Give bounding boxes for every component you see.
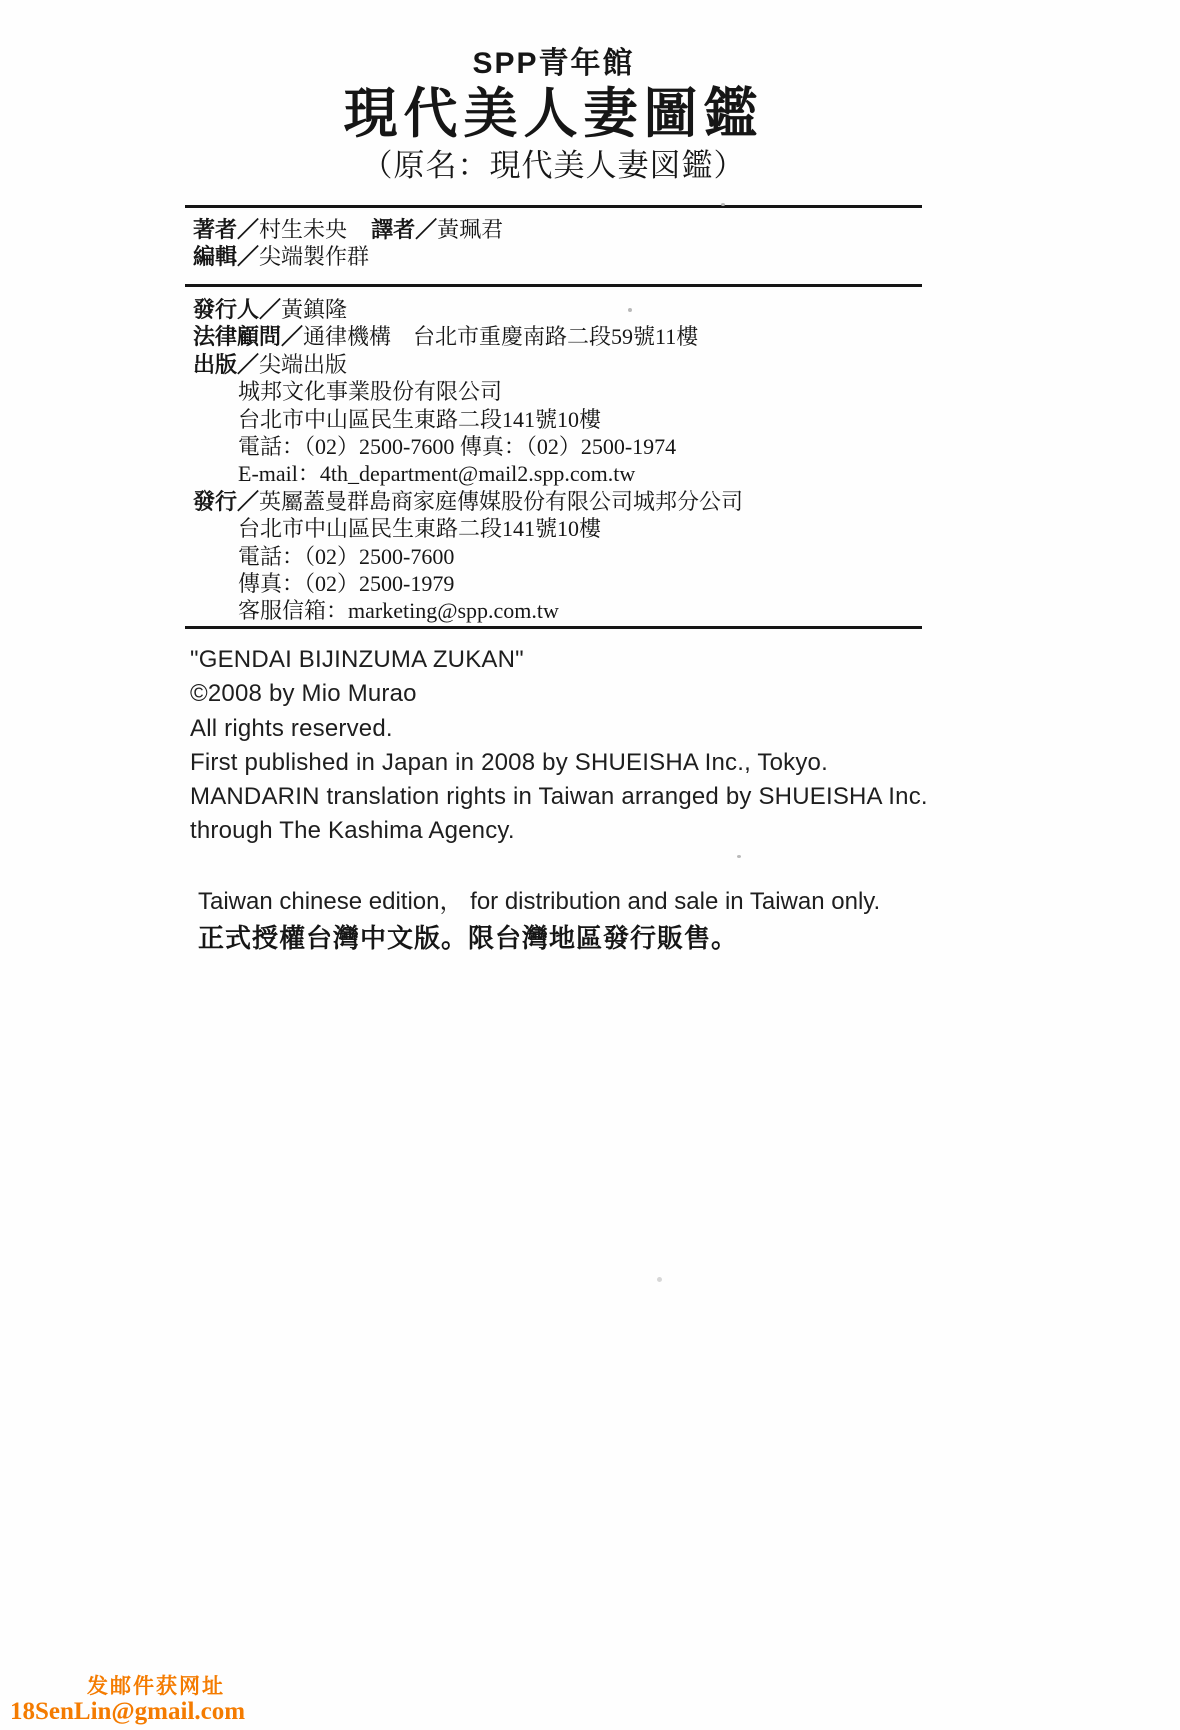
license-statement-zh: 正式授權台灣中文版。限台灣地區發行販售。 <box>198 921 958 955</box>
row-label: 出版／ <box>193 352 259 377</box>
publisher-row: 發行人／黃鎮隆 <box>193 296 933 323</box>
scan-speck <box>737 855 741 858</box>
copyright-block: "GENDAI BIJINZUMA ZUKAN" ©2008 by Mio Mu… <box>190 643 950 849</box>
row-text: 電話：（02）2500-7600 <box>238 544 454 569</box>
row-label: 法律顧問／ <box>193 324 303 349</box>
row-text: 城邦文化事業股份有限公司 <box>238 379 502 404</box>
row-label: 發行／ <box>193 489 259 514</box>
row-text: 客服信箱：marketing@spp.com.tw <box>238 598 559 623</box>
scan-speck <box>628 308 632 312</box>
scan-speck <box>657 1277 662 1282</box>
book-header: SPP青年館 現代美人妻圖鑑 （原名：現代美人妻図鑑） <box>185 46 922 186</box>
author-label: 著者／ <box>193 217 259 242</box>
editor-label: 編輯／ <box>193 244 259 269</box>
publisher-row: 電話：（02）2500-7600 <box>193 543 933 570</box>
book-title: 現代美人妻圖鑑 <box>185 84 922 144</box>
row-text: 台北市中山區民生東路二段141號10樓 <box>238 516 601 541</box>
credits-block: 著者／村生未央 譯者／黃珮君 編輯／尖端製作群 <box>193 216 913 270</box>
row-text: 台北市中山區民生東路二段141號10樓 <box>238 407 601 432</box>
editor-credit: 編輯／尖端製作群 <box>193 244 369 269</box>
row-label: 發行人／ <box>193 297 281 322</box>
copyright-line: First published in Japan in 2008 by SHUE… <box>190 746 950 780</box>
publisher-row: E-mail：4th_department@mail2.spp.com.tw <box>193 460 933 487</box>
translator-label: 譯者／ <box>371 217 437 242</box>
publisher-block: 發行人／黃鎮隆 法律顧問／通律機構 台北市重慶南路二段59號11樓 出版／尖端出… <box>193 296 933 625</box>
divider-top <box>185 205 922 208</box>
editor-name: 尖端製作群 <box>259 244 369 269</box>
publisher-row: 城邦文化事業股份有限公司 <box>193 378 933 405</box>
original-title: （原名：現代美人妻図鑑） <box>185 146 922 186</box>
translator-name: 黃珮君 <box>437 217 503 242</box>
imprint-name: SPP青年館 <box>185 46 922 82</box>
credits-row-1: 著者／村生未央 譯者／黃珮君 <box>193 216 913 243</box>
author-credit: 著者／村生未央 <box>193 217 347 242</box>
scanned-colophon-page: SPP青年館 現代美人妻圖鑑 （原名：現代美人妻図鑑） 著者／村生未央 譯者／黃… <box>0 0 1180 1730</box>
publisher-row: 台北市中山區民生東路二段141號10樓 <box>193 515 933 542</box>
author-name: 村生未央 <box>259 217 347 242</box>
watermark: 发邮件获网址 18SenLin@gmail.com <box>10 1674 240 1725</box>
row-text: 尖端出版 <box>259 352 347 377</box>
row-text: 通律機構 台北市重慶南路二段59號11樓 <box>303 324 698 349</box>
watermark-text: 发邮件获网址 <box>87 1674 240 1698</box>
row-text: 傳真：（02）2500-1979 <box>238 571 454 596</box>
copyright-line: MANDARIN translation rights in Taiwan ar… <box>190 780 950 814</box>
publisher-row: 電話：（02）2500-7600 傳真：（02）2500-1974 <box>193 433 933 460</box>
divider-bottom <box>185 626 922 629</box>
divider-middle <box>185 284 922 287</box>
license-block: Taiwan chinese edition， for distribution… <box>198 886 958 955</box>
credits-row-2: 編輯／尖端製作群 <box>193 243 913 270</box>
copyright-line: ©2008 by Mio Murao <box>190 677 950 711</box>
watermark-email: 18SenLin@gmail.com <box>10 1698 240 1725</box>
license-statement-en: Taiwan chinese edition， for distribution… <box>198 886 958 917</box>
publisher-row: 客服信箱：marketing@spp.com.tw <box>193 597 933 624</box>
publisher-row: 台北市中山區民生東路二段141號10樓 <box>193 406 933 433</box>
copyright-line: "GENDAI BIJINZUMA ZUKAN" <box>190 643 950 677</box>
publisher-row: 傳真：（02）2500-1979 <box>193 570 933 597</box>
row-text: 黃鎮隆 <box>281 297 347 322</box>
scan-speck <box>721 203 725 206</box>
publisher-row: 出版／尖端出版 <box>193 351 933 378</box>
translator-credit: 譯者／黃珮君 <box>371 217 503 242</box>
row-text: E-mail：4th_department@mail2.spp.com.tw <box>238 461 635 486</box>
copyright-line: All rights reserved. <box>190 712 950 746</box>
publisher-row: 發行／英屬蓋曼群島商家庭傳媒股份有限公司城邦分公司 <box>193 488 933 515</box>
publisher-row: 法律顧問／通律機構 台北市重慶南路二段59號11樓 <box>193 323 933 350</box>
copyright-line: through The Kashima Agency. <box>190 814 950 848</box>
row-text: 電話：（02）2500-7600 傳真：（02）2500-1974 <box>238 434 676 459</box>
row-text: 英屬蓋曼群島商家庭傳媒股份有限公司城邦分公司 <box>259 489 743 514</box>
